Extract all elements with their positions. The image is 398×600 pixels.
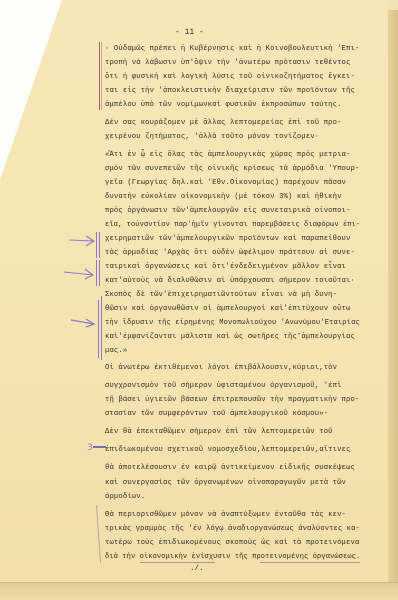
text-line: θῶσιν καὶ ὀργανωθῶσιν οἱ ἀμπελουργοί καὶ… [105,304,350,314]
underline [260,562,360,563]
text-line: Σκοπὸς δὲ τῶν'ἐπιχειρηματιῶντούτων εἶναι… [105,290,337,300]
text-line: Δέν σας κουράζομεν μὲ ἄλλας λεπτομερείας… [105,118,342,128]
margin-bar [96,260,97,286]
arrow-icon [63,268,95,280]
margin-bar [101,296,102,360]
arrow-icon [68,235,96,247]
text-line: μας.» [105,346,127,356]
text-line: ἀμπέλου ὑπὸ τῶν νομίμωνκαὶ φυσικῶν ἐκπρο… [105,100,342,110]
text-line: τωτέρω τοὺς ἐπιδιωκομένους σκοποὺς ὡς κα… [105,538,359,548]
page-number: - 11 - [175,28,204,37]
page-edge [388,10,398,600]
continuation-mark: ./. [190,565,204,573]
text-line: Οἱ ἀνωτέρω ἐκτιθέμενοι λόγοι ἐπιβάλλουσι… [105,363,337,373]
margin-bar [101,42,102,110]
text-line: τὴν ἵδρυσιν τῆς εἰρημένης Μονοπωλιούχου … [105,318,360,328]
arrow-icon [70,318,96,328]
text-line: καὶ'ἐμφανίζονται μάλιστα καὶ ὡς σωτῆρες … [105,332,355,342]
text-line: ται εἰς τὴν 'ἀποκλειστικὴν διαχείρισιν τ… [105,86,355,96]
text-line: χειρηματιῶν τῶν'ἀμπελουργικῶν προϊόντων … [105,234,350,244]
text-line: εῖα, τοὐναντίον παρ'ἡμῖν γίνονται παρεμβ… [105,220,360,230]
text-line: συγχρονισμὸν τοῦ σήμερον ὑφισταμένου ὀργ… [105,381,342,391]
text-line: πρὸς ὀργάνωσιν τῶν'ἀμπελουργῶν εἰς συνετ… [105,206,350,216]
text-line: τροπὴ νὰ λάβωσιν ὑπ'ὄψιν τὴν 'ἀνωτέρω πρ… [105,58,350,68]
underline [140,562,215,563]
text-line: ὅτι ἡ φυσικὴ καὶ λογικὴ λύσις τοῦ οἰνικο… [105,72,355,82]
margin-bar [99,260,100,286]
text-line: δυνατὴν εὐκολίαν οἰκονομικὴν (μὲ τόκον 3… [105,192,342,202]
text-line: γεῖα (Γεωργίας δηλ.καὶ 'Εθν.Οἰκονομίας) … [105,178,346,188]
margin-bar [98,300,99,358]
text-line: · Οὐδαμῶς πρέπει ἡ Κυβέρνησις καὶ ἡ Κοιν… [105,44,359,54]
text-line: σμὸν τῶν συνεπειῶν τῆς οἰνικῆς κρίσεως τ… [105,164,359,174]
text-line: τῇ βάσει ὑγιειῶν βάσεων ἐπιτρεπουσῶν τὴν… [105,395,359,405]
text-line: τὰς ἁρμοδίας 'Αρχὰς ὅτι οὐδὲν ὠφέλιμον π… [105,248,355,258]
text-line: ταιρικαὶ ὀργανώσεις καὶ ὅτι'ἐνδεδειγμένο… [105,262,346,272]
text-line: ἐπιδιωκομένου σχετικοῦ νομοσχεδίου,λεπτο… [105,445,350,455]
text-line: καὶ συνεργασίας τῶν ὀργανωμένων οἰνοπαρα… [105,478,346,488]
text-line: τρικὰς γραμμὰς τῆς 'ἐν λόγῳ ἀναδιοργανώσ… [105,524,360,534]
margin-number: 3 [87,443,93,453]
text-line: στασίαν τῶν συμφερόντων τοῦ ἀμπελουργικο… [105,409,328,419]
text-line: Δὲν θὰ ἐπεκταθῶμεν σήμερον ἐπὶ τῶν λεπτο… [105,427,333,437]
text-line: ἀρμοδίων. [105,492,145,502]
margin-bar [99,232,100,258]
text-line: κατ'αὐτοὺς νὰ διαλυθῶσιν αἱ ὑπάρχουσαι σ… [105,276,355,286]
margin-bar [99,42,100,110]
text-line: Θὰ περιορισθῶμεν μόνον νὰ ἀναπτύξωμεν ἐν… [105,510,346,520]
bottom-sheet [0,582,398,600]
margin-bar [96,232,97,258]
text-line: διὰ τὴν οἰκονομικὴν ἐνίσχυσιν τῆς προτει… [105,552,360,562]
text-line: θὰ ἀποτελέσουσιν ἐν καιρῷ ἀντικείμενον ε… [105,463,355,473]
text-line: χειρένου ζητήματος, 'ἀλλὰ τοῦτο μόνον το… [105,132,319,142]
text-line: «Ἅτι ἐν ᾧ εἰς ὅλας τὰς ἀμπελουργικὰς χώρ… [105,150,350,160]
